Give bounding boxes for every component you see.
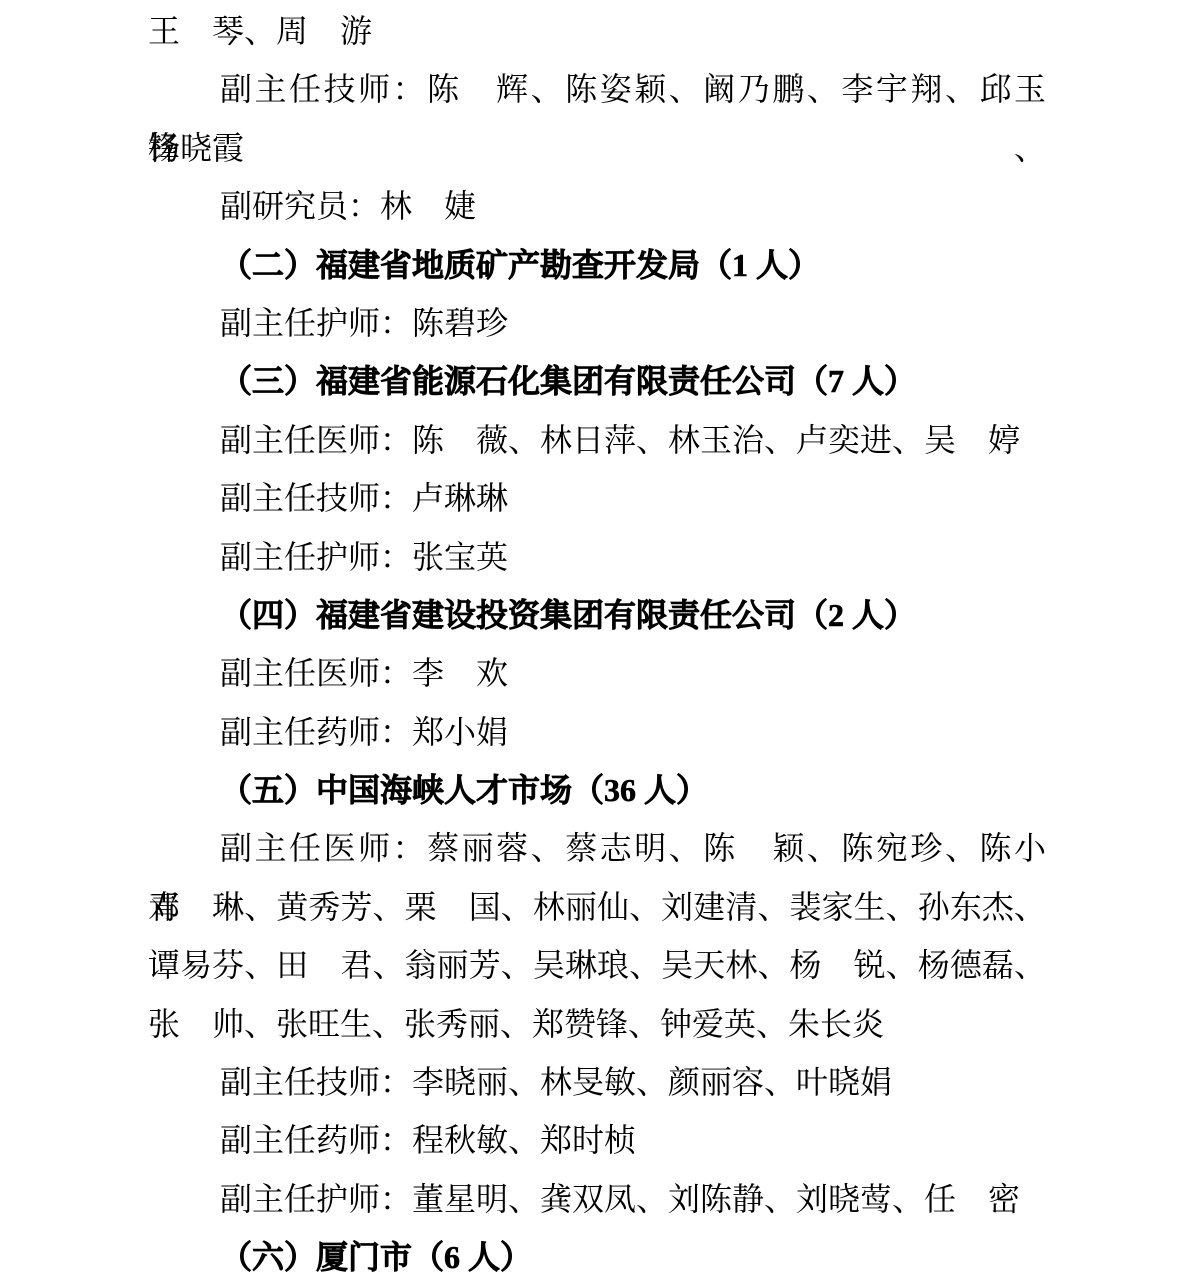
text-line: 副主任医师：陈 薇、林日萍、林玉治、卢奕进、吴 婷 [148, 411, 1046, 469]
text-line: 副主任技师：陈 辉、陈姿颖、阚乃鹏、李宇翔、邱玉锋、 [148, 60, 1046, 118]
text-line: 张 帅、张旺生、张秀丽、郑赞锋、钟爱英、朱长炎 [148, 995, 1046, 1053]
text-line: 副主任技师：李晓丽、林旻敏、颜丽容、叶晓娟 [148, 1053, 1046, 1111]
section-heading: （四）福建省建设投资集团有限责任公司（2 人） [148, 586, 1046, 644]
text-line: 谭易芬、田 君、翁丽芳、吴琳琅、吴天林、杨 锐、杨德磊、 [148, 936, 1046, 994]
document-page: 王 琴、周 游副主任技师：陈 辉、陈姿颖、阚乃鹏、李宇翔、邱玉锋、杨晓霞副研究员… [0, 0, 1190, 1288]
text-line: 副主任医师：李 欢 [148, 644, 1046, 702]
text-line: 副研究员：林 婕 [148, 177, 1046, 235]
text-line: 副主任药师：程秋敏、郑时桢 [148, 1111, 1046, 1169]
text-line: 副主任护师：陈碧珍 [148, 294, 1046, 352]
text-line: 王 琴、周 游 [148, 2, 1046, 60]
text-line: 邓 琳、黄秀芳、栗 国、林丽仙、刘建清、裴家生、孙东杰、 [148, 878, 1046, 936]
section-heading: （三）福建省能源石化集团有限责任公司（7 人） [148, 352, 1046, 410]
text-line: 副主任技师：卢琳琳 [148, 469, 1046, 527]
section-heading: （六）厦门市（6 人） [148, 1228, 1046, 1286]
section-heading: （五）中国海峡人才市场（36 人） [148, 761, 1046, 819]
section-heading: （二）福建省地质矿产勘查开发局（1 人） [148, 236, 1046, 294]
text-line: 副主任护师：董星明、龚双凤、刘陈静、刘晓莺、任 密 [148, 1170, 1046, 1228]
text-line: 副主任护师：张宝英 [148, 528, 1046, 586]
text-line: 副主任药师：郑小娟 [148, 703, 1046, 761]
text-line: 副主任医师：蔡丽蓉、蔡志明、陈 颖、陈宛珍、陈小青、 [148, 819, 1046, 877]
document-body: 王 琴、周 游副主任技师：陈 辉、陈姿颖、阚乃鹏、李宇翔、邱玉锋、杨晓霞副研究员… [148, 2, 1046, 1287]
